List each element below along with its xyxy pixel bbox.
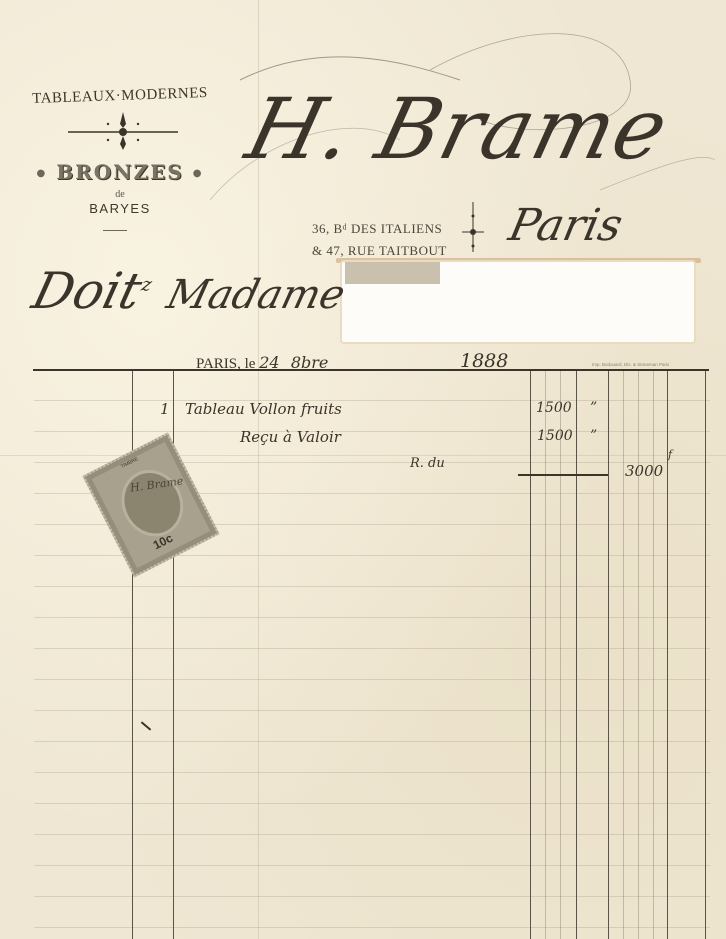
line-item-1-description: Tableau Vollon fruits bbox=[185, 400, 342, 418]
bullet-icon: ● bbox=[37, 168, 48, 179]
redaction-shadow bbox=[345, 262, 440, 284]
total-rule bbox=[518, 474, 608, 476]
bullet-icon: ● bbox=[193, 168, 204, 179]
total-amount: 3000 bbox=[625, 462, 663, 480]
ink-mark bbox=[141, 721, 151, 730]
line-item-1-suffix: ” bbox=[590, 400, 597, 416]
letterhead-bronzes: ● BRONZES ● bbox=[30, 160, 210, 184]
doit-text: Doit bbox=[27, 262, 148, 320]
line-item-2-amount: 1500 bbox=[537, 428, 573, 444]
column-line-cents bbox=[576, 371, 577, 939]
column-line-right bbox=[705, 371, 706, 939]
total-unit: f bbox=[668, 448, 672, 461]
merchant-address: 36, Bᵈ DES ITALIENS & 47, RUE TAITBOUT bbox=[312, 218, 447, 262]
letterhead-tableaux-modernes: TABLEAUX·MODERNES bbox=[30, 85, 210, 108]
column-line-total-left bbox=[608, 371, 609, 939]
city-script: Paris bbox=[505, 200, 627, 251]
divider bbox=[103, 230, 127, 231]
letterhead-de: de bbox=[30, 189, 210, 200]
column-subline bbox=[545, 371, 546, 939]
address-line-1: 36, Bᵈ DES ITALIENS bbox=[312, 218, 447, 240]
addressee-name: Madame bbox=[162, 272, 349, 318]
paper-fold-horizontal bbox=[0, 455, 726, 456]
letterhead-baryes: BARYES bbox=[30, 201, 210, 216]
line-item-1-qty: 1 bbox=[160, 400, 170, 418]
column-subline bbox=[623, 371, 624, 939]
merchant-name: H. Brame bbox=[238, 80, 678, 178]
bronzes-label: BRONZES bbox=[56, 160, 184, 184]
column-line-amount-left bbox=[530, 371, 531, 939]
star-ornament-icon bbox=[462, 202, 484, 252]
printer-credit: Imp. Bodouard, Dis. & Stoneman Paris bbox=[592, 362, 669, 367]
doit-prefix: Doitz bbox=[27, 262, 157, 320]
total-label: R. du bbox=[410, 456, 445, 471]
column-subline bbox=[560, 371, 561, 939]
column-subline bbox=[653, 371, 654, 939]
stamp-portrait-icon bbox=[110, 459, 194, 547]
column-subline bbox=[638, 371, 639, 939]
line-item-2-description: Reçu à Valoir bbox=[240, 428, 341, 446]
fleuron-ornament-icon bbox=[68, 110, 178, 150]
line-item-2-suffix: ” bbox=[590, 428, 597, 444]
line-item-1-amount: 1500 bbox=[536, 400, 572, 416]
